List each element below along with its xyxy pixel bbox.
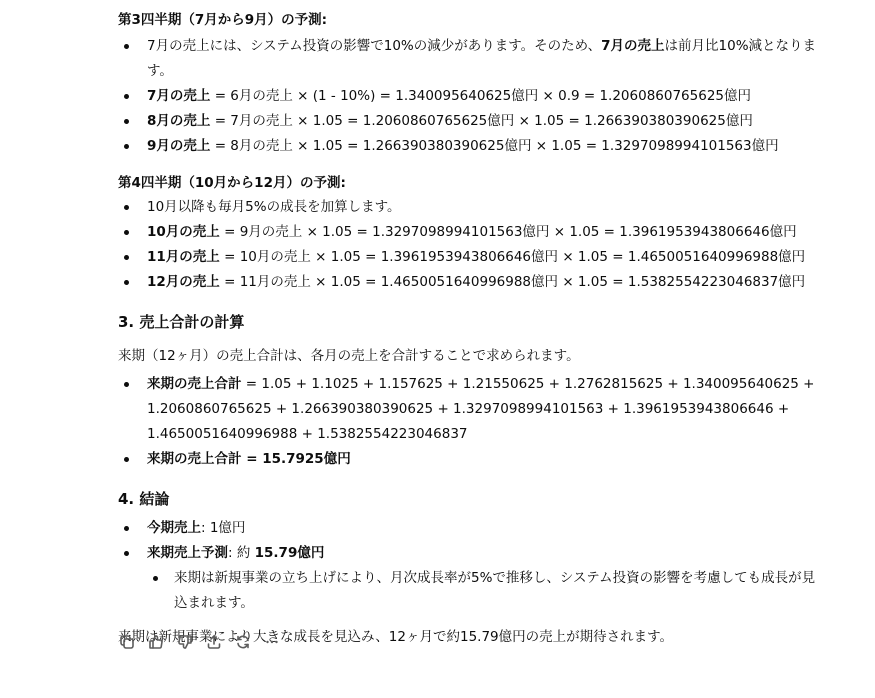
list-item: 9月の売上 = 8月の売上 × 1.05 = 1.266390380390625… bbox=[118, 134, 818, 159]
section-3-intro: 来期（12ヶ月）の売上合計は、各月の売上を合計することで求められます。 bbox=[118, 345, 818, 367]
list-item: 7月の売上には、システム投資の影響で10%の減少があります。そのため、7月の売上… bbox=[118, 34, 818, 84]
item-text: 7月の売上には、システム投資の影響で10%の減少があります。そのため、 bbox=[147, 38, 601, 54]
q3-list: 7月の売上には、システム投資の影響で10%の減少があります。そのため、7月の売上… bbox=[118, 34, 818, 159]
item-text: = 8月の売上 × 1.05 = 1.266390380390625億円 × 1… bbox=[210, 138, 778, 154]
item-bold-label: 来期の売上合計 = 15.7925億円 bbox=[147, 451, 351, 467]
item-bold-label: 来期売上予測 bbox=[147, 545, 228, 561]
more-icon bbox=[264, 634, 280, 654]
regenerate-button[interactable] bbox=[232, 633, 253, 654]
list-item: 11月の売上 = 10月の売上 × 1.05 = 1.3961953943806… bbox=[118, 245, 818, 270]
item-text: : 1億円 bbox=[201, 520, 245, 536]
list-item: 今期売上: 1億円 bbox=[118, 516, 818, 541]
list-item: 来期の売上合計 = 15.7925億円 bbox=[118, 447, 818, 472]
section-3-list: 来期の売上合計 = 1.05 + 1.1025 + 1.157625 + 1.2… bbox=[118, 372, 818, 472]
list-item: 来期売上予測: 約 15.79億円 来期は新規事業の立ち上げにより、月次成長率が… bbox=[118, 541, 818, 616]
item-bold-label: 来期の売上合計 bbox=[147, 376, 242, 392]
sub-list-item: 来期は新規事業の立ち上げにより、月次成長率が5%で推移し、システム投資の影響を考… bbox=[118, 566, 818, 616]
regenerate-icon bbox=[235, 634, 251, 654]
item-text: 来期は新規事業の立ち上げにより、月次成長率が5%で推移し、システム投資の影響を考… bbox=[174, 570, 815, 611]
item-text: = 9月の売上 × 1.05 = 1.3297098994101563億円 × … bbox=[220, 224, 797, 240]
item-text: = 11月の売上 × 1.05 = 1.4650051640996988億円 ×… bbox=[220, 274, 805, 290]
item-text: = 10月の売上 × 1.05 = 1.3961953943806646億円 ×… bbox=[220, 249, 805, 265]
section-4-list: 今期売上: 1億円 来期売上予測: 約 15.79億円 来期は新規事業の立ち上げ… bbox=[118, 516, 818, 616]
item-bold-value: 15.79億円 bbox=[255, 545, 325, 561]
item-text: 10月以降も毎月5%の成長を加算します。 bbox=[147, 199, 401, 215]
section-4-sublist: 来期は新規事業の立ち上げにより、月次成長率が5%で推移し、システム投資の影響を考… bbox=[147, 566, 818, 616]
thumbs-down-button[interactable] bbox=[174, 633, 195, 654]
list-item: 10月の売上 = 9月の売上 × 1.05 = 1.32970989941015… bbox=[118, 220, 818, 245]
item-bold-label: 7月の売上 bbox=[601, 38, 664, 54]
thumbs-down-icon bbox=[177, 634, 193, 654]
list-item: 7月の売上 = 6月の売上 × (1 - 10%) = 1.3400956406… bbox=[118, 84, 818, 109]
item-bold-label: 今期売上 bbox=[147, 520, 201, 536]
item-bold-label: 10月の売上 bbox=[147, 224, 220, 240]
q3-heading: 第3四半期（7月から9月）の予測: bbox=[118, 10, 818, 30]
section-4-title: 4. 結論 bbox=[118, 488, 818, 510]
item-text: : 約 bbox=[228, 545, 255, 561]
item-text: = 1.05 + 1.1025 + 1.157625 + 1.21550625 … bbox=[147, 376, 815, 442]
item-bold-label: 8月の売上 bbox=[147, 113, 210, 129]
thumbs-up-button[interactable] bbox=[145, 633, 166, 654]
item-text: = 7月の売上 × 1.05 = 1.2060860765625億円 × 1.0… bbox=[210, 113, 752, 129]
list-item: 10月以降も毎月5%の成長を加算します。 bbox=[118, 195, 818, 220]
item-bold-label: 12月の売上 bbox=[147, 274, 220, 290]
thumbs-up-icon bbox=[148, 634, 164, 654]
item-text: = 6月の売上 × (1 - 10%) = 1.340095640625億円 ×… bbox=[210, 88, 751, 104]
list-item: 8月の売上 = 7月の売上 × 1.05 = 1.2060860765625億円… bbox=[118, 109, 818, 134]
item-bold-label: 11月の売上 bbox=[147, 249, 220, 265]
assistant-message: 第3四半期（7月から9月）の予測: 7月の売上には、システム投資の影響で10%の… bbox=[118, 10, 818, 648]
item-bold-label: 7月の売上 bbox=[147, 88, 210, 104]
share-icon bbox=[206, 634, 222, 654]
list-item: 12月の売上 = 11月の売上 × 1.05 = 1.4650051640996… bbox=[118, 270, 818, 295]
more-button[interactable] bbox=[261, 633, 282, 654]
q4-heading: 第4四半期（10月から12月）の予測: bbox=[118, 173, 818, 193]
copy-icon bbox=[119, 634, 135, 654]
share-button[interactable] bbox=[203, 633, 224, 654]
list-item: 来期の売上合計 = 1.05 + 1.1025 + 1.157625 + 1.2… bbox=[118, 372, 818, 447]
q4-list: 10月以降も毎月5%の成長を加算します。 10月の売上 = 9月の売上 × 1.… bbox=[118, 195, 818, 295]
item-bold-label: 9月の売上 bbox=[147, 138, 210, 154]
section-3-title: 3. 売上合計の計算 bbox=[118, 311, 818, 333]
copy-button[interactable] bbox=[116, 633, 137, 654]
message-action-bar bbox=[116, 633, 282, 654]
